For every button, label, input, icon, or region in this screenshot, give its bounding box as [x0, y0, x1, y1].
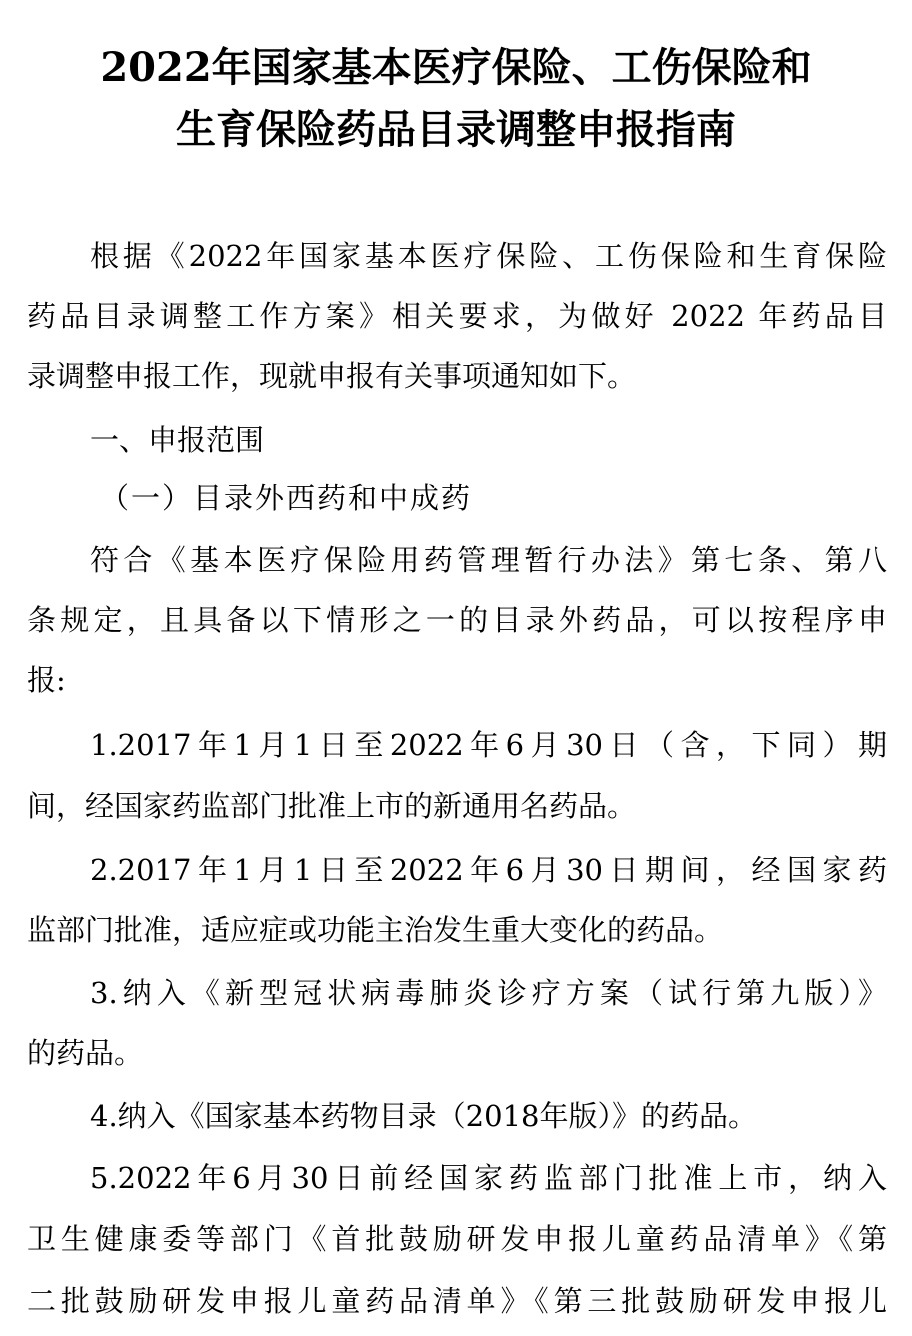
document-page: 2022年国家基本医疗保险、工伤保险和 生育保险药品目录调整申报指南 根据《20…: [0, 0, 912, 1336]
item-5-line-2: 卫生健康委等部门《首批鼓励研发申报儿童药品清单》《第: [27, 1219, 887, 1259]
item-2-line-1: 2.2017年1月1日至2022年6月30日期间，经国家药: [90, 850, 887, 890]
section-heading-scope: 一、申报范围: [90, 420, 264, 460]
document-title-line-1: 2022年国家基本医疗保险、工伤保险和: [0, 44, 912, 92]
criteria-line-2: 条规定，且具备以下情形之一的目录外药品，可以按程序申: [27, 600, 887, 640]
criteria-line-1: 符合《基本医疗保险用药管理暂行办法》第七条、第八: [90, 540, 887, 580]
item-3-line-2: 的药品。: [27, 1033, 887, 1073]
intro-line-1: 根据《2022年国家基本医疗保险、工伤保险和生育保险: [90, 236, 887, 276]
item-1-line-1: 1.2017年1月1日至2022年6月30日（含，下同）期: [90, 725, 887, 765]
item-2-line-2: 监部门批准，适应症或功能主治发生重大变化的药品。: [27, 910, 887, 950]
item-3-line-1: 3.纳入《新型冠状病毒肺炎诊疗方案（试行第九版）》: [90, 973, 887, 1013]
intro-line-3: 录调整申报工作，现就申报有关事项通知如下。: [27, 356, 887, 396]
subsection-heading-western-chinese-medicine: （一）目录外西药和中成药: [100, 478, 472, 518]
item-5-line-1: 5.2022年6月30日前经国家药监部门批准上市，纳入: [90, 1158, 887, 1198]
criteria-line-3: 报:: [27, 660, 887, 700]
item-1-line-2: 间，经国家药监部门批准上市的新通用名药品。: [27, 786, 887, 826]
item-4-line-1: 4.纳入《国家基本药物目录（2018年版）》的药品。: [90, 1096, 887, 1136]
intro-line-2: 药品目录调整工作方案》相关要求，为做好 2022 年药品目: [27, 296, 887, 336]
document-title-line-2: 生育保险药品目录调整申报指南: [0, 106, 912, 154]
item-5-line-3: 二批鼓励研发申报儿童药品清单》《第三批鼓励研发申报儿: [27, 1281, 887, 1321]
